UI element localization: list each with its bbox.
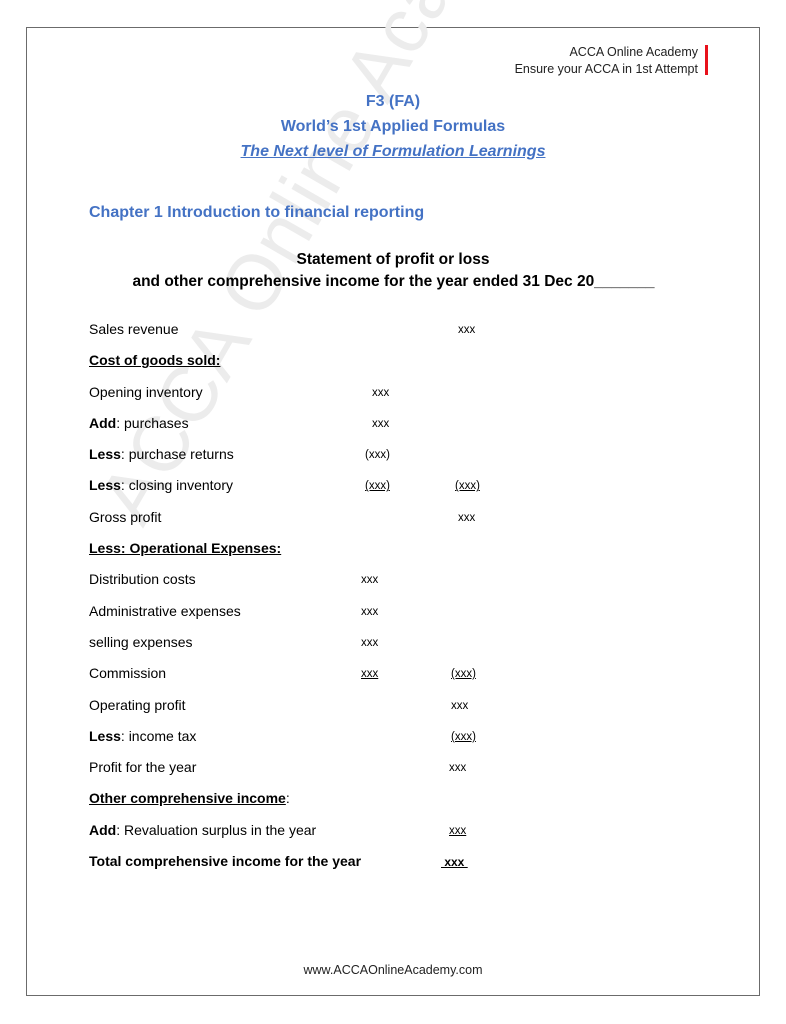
statement-row: Sales revenuexxx [89, 318, 589, 349]
row-label: Less: income tax [89, 725, 196, 747]
row-amount-col1: (xxx) [365, 444, 390, 466]
statement-row: Opening inventoryxxx [89, 381, 589, 412]
row-label-prefix: Add [89, 822, 116, 838]
headline: World’s 1st Applied Formulas [0, 114, 786, 139]
course-title: F3 (FA) [0, 89, 786, 114]
header-brand: ACCA Online Academy [515, 44, 698, 61]
row-label: Total comprehensive income for the year [89, 850, 361, 872]
row-label-prefix: Less [89, 446, 121, 462]
row-label: Operating profit [89, 694, 186, 716]
chapter-heading: Chapter 1 Introduction to financial repo… [89, 204, 424, 222]
row-label: Cost of goods sold: [89, 349, 220, 371]
statement-row: Gross profitxxx [89, 506, 589, 537]
row-amount-col2: xxx [449, 820, 466, 842]
row-label: Less: Operational Expenses: [89, 537, 281, 559]
row-label: Sales revenue [89, 318, 179, 340]
row-label-prefix: Less [89, 477, 121, 493]
statement-row: Operating profitxxx [89, 694, 589, 725]
statement-row: Distribution costsxxx [89, 568, 589, 599]
row-amount-col2: (xxx) [451, 726, 476, 748]
row-label: Profit for the year [89, 756, 196, 778]
row-label: Other comprehensive income: [89, 787, 290, 809]
row-label: Less: purchase returns [89, 443, 234, 465]
row-label-suffix: : [286, 787, 290, 809]
row-label: Gross profit [89, 506, 161, 528]
row-label-prefix: Less [89, 728, 121, 744]
statement-row: Cost of goods sold: [89, 349, 589, 380]
row-amount-col1: xxx [361, 601, 378, 623]
statement-row: Commissionxxx(xxx) [89, 662, 589, 693]
row-amount-col2: xxx [441, 851, 468, 873]
row-label: selling expenses [89, 631, 193, 653]
title-block: F3 (FA) World’s 1st Applied Formulas The… [0, 89, 786, 164]
row-amount-col2: (xxx) [455, 475, 480, 497]
footer-website: www.ACCAOnlineAcademy.com [0, 963, 786, 977]
statement-title-line1: Statement of profit or loss [297, 251, 490, 268]
row-amount-col2: xxx [449, 757, 466, 779]
row-amount-col1: (xxx) [365, 475, 390, 497]
statement-row: Less: Operational Expenses: [89, 537, 589, 568]
statement-title-line2: and other comprehensive income for the y… [0, 271, 786, 293]
row-amount-col1: xxx [372, 413, 389, 435]
row-label: Commission [89, 662, 166, 684]
statement-row: Profit for the yearxxx [89, 756, 589, 787]
statement-row: Other comprehensive income: [89, 787, 589, 818]
header-accent-bar [705, 45, 708, 75]
statement-row: Administrative expensesxxx [89, 600, 589, 631]
statement-row: Total comprehensive income for the year … [89, 850, 589, 881]
statement-row: Add: Revaluation surplus in the yearxxx [89, 819, 589, 850]
header-tagline: Ensure your ACCA in 1st Attempt [515, 61, 698, 78]
statement-row: Less: closing inventory(xxx)(xxx) [89, 474, 589, 505]
subheadline: The Next level of Formulation Learnings [0, 139, 786, 164]
row-amount-col1: xxx [372, 382, 389, 404]
row-amount-col1: xxx [361, 632, 378, 654]
statement-title: Statement of profit or loss and other co… [0, 249, 786, 293]
statement-row: Less: income tax(xxx) [89, 725, 589, 756]
statement-rows: Sales revenuexxxCost of goods sold:Openi… [89, 318, 589, 881]
row-amount-col2: xxx [458, 507, 475, 529]
row-label-prefix: Add [89, 415, 116, 431]
statement-row: Less: purchase returns(xxx) [89, 443, 589, 474]
row-label: Distribution costs [89, 568, 196, 590]
row-amount-col2: xxx [458, 319, 475, 341]
row-label: Opening inventory [89, 381, 203, 403]
row-amount-col2: xxx [451, 695, 468, 717]
row-amount-col1: xxx [361, 663, 378, 685]
header: ACCA Online Academy Ensure your ACCA in … [515, 44, 698, 78]
row-label: Less: closing inventory [89, 474, 233, 496]
row-amount-col2: (xxx) [451, 663, 476, 685]
row-label: Administrative expenses [89, 600, 241, 622]
row-label: Add: Revaluation surplus in the year [89, 819, 316, 841]
row-label: Add: purchases [89, 412, 189, 434]
statement-row: selling expensesxxx [89, 631, 589, 662]
statement-row: Add: purchasesxxx [89, 412, 589, 443]
row-amount-col1: xxx [361, 569, 378, 591]
